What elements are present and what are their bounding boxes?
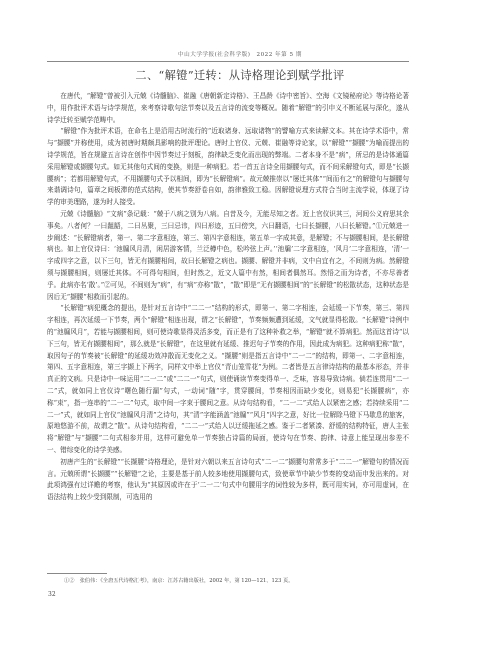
footnote: ①② 张伯伟：《全唐五代诗格汇考》，南京：江苏古籍出版社，2002 年，第 12…	[64, 577, 293, 584]
body-text: 在唐代，“解镫”曾被引入元兢《诗髓脑》、崔融《唐朝新定诗格》、王昌龄《诗中密旨》…	[47, 91, 409, 504]
paragraph: 在唐代，“解镫”曾被引入元兢《诗髓脑》、崔融《唐朝新定诗格》、王昌龄《诗中密旨》…	[47, 91, 409, 126]
page-number: 32	[48, 591, 56, 598]
header-rule	[47, 61, 409, 62]
paragraph: 元兢《诗髓脑》“文病”条记载：“兢于八病之别为八病。自昔及今，无能尽知之者。近上…	[47, 209, 409, 303]
paragraph: “解镫”作为批评术语，在命名上是沿用古时流行的“近取诸身、远取诸物”的譬喻方式来…	[47, 126, 409, 209]
footnote-rule	[47, 573, 107, 574]
running-head: 中山大学学报(社会科学版) 2022 年第 5 期	[0, 50, 480, 58]
section-title: 二、“解镫”迁转：从诗格理论到赋学批评	[0, 67, 480, 83]
paragraph: 初唐产生的“长解镫”“长撷腰”诗格理论，是针对六朝以来五言诗句式“二一二”撷腰句…	[47, 457, 409, 504]
paragraph: “长解镫”病犯概念的提出，是针对五言诗中“二二一”结构的形式，即第一、第二字相连…	[47, 303, 409, 456]
